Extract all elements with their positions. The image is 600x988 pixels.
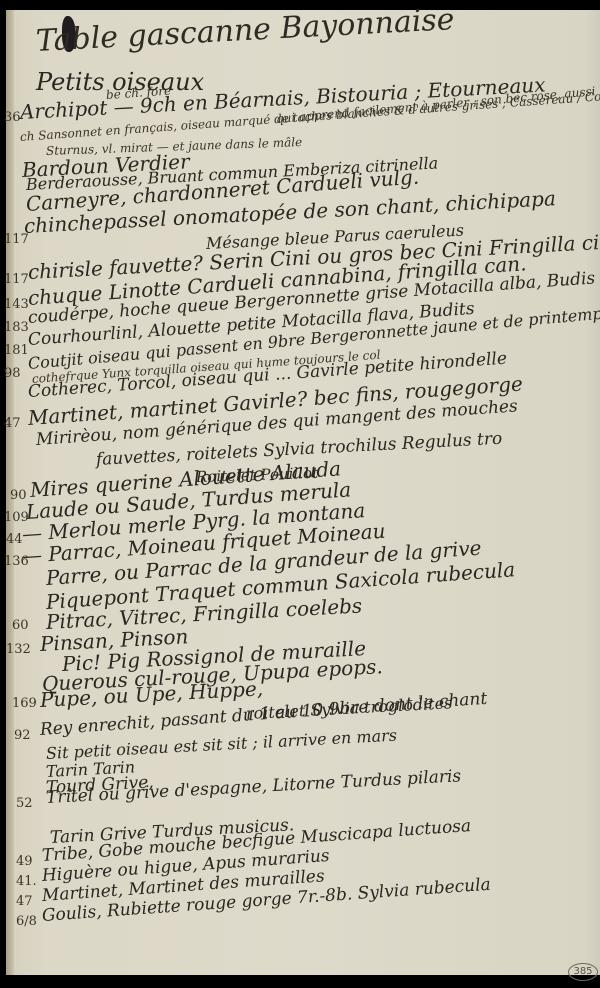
entry-number: 52	[16, 796, 33, 811]
entry-number: 181	[4, 343, 29, 358]
entry-number: 183	[4, 320, 29, 335]
entry-number: 47	[4, 416, 21, 431]
entry-number: 6/8	[16, 914, 37, 929]
page-title: Table gascanne Bayonnaise	[35, 2, 455, 59]
entry-number: 47	[16, 894, 33, 909]
entry-number: 117	[4, 272, 29, 287]
entry-number: 49	[16, 854, 33, 869]
entry-number: 36	[4, 110, 21, 125]
entry-number: 41.	[16, 874, 37, 889]
entry-number: 44	[6, 532, 23, 547]
entry-number: 90	[10, 488, 27, 503]
folio-stamp: 385	[568, 963, 598, 981]
manuscript-page: Table gascanne Bayonnaise Petits oiseaux…	[6, 10, 600, 975]
entry-number: 92	[14, 728, 31, 743]
entry-number: 60	[12, 618, 29, 633]
entry-number: 98	[4, 366, 21, 381]
entry-number: 132	[6, 642, 31, 657]
entry-number: 169	[12, 696, 37, 711]
entry-number: 143	[4, 297, 29, 312]
